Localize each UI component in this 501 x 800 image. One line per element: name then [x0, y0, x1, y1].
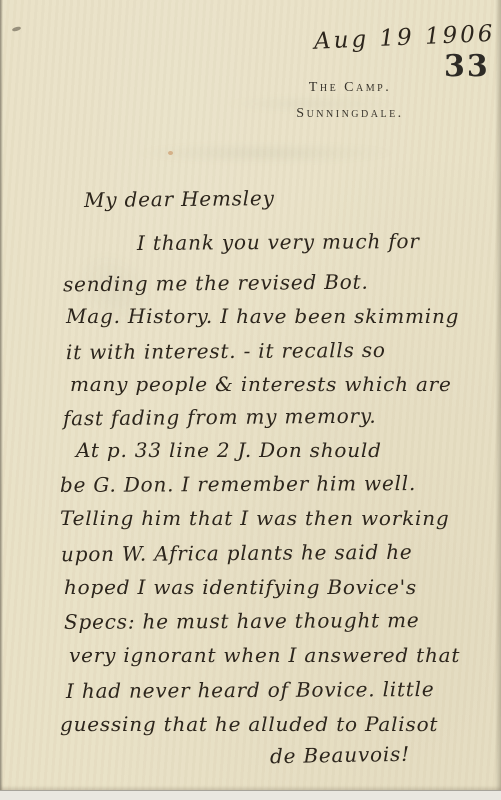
letter-line: many people & interests which are: [70, 371, 452, 397]
letter-line: I thank you very much for: [137, 228, 420, 256]
ink-speck: [12, 26, 22, 32]
letter-line: At p. 33 line 2 J. Don should: [76, 437, 382, 463]
letter-line: guessing that he alluded to Palisot: [60, 711, 438, 737]
letter-scan-page: Aug 19 1906 33 The Camp. Sunningdale. My…: [0, 0, 501, 800]
letter-line: fast fading from my memory.: [63, 403, 377, 432]
letter-line: I had never heard of Bovice. little: [66, 676, 435, 704]
letter-line: hoped I was identifying Bovice's: [64, 574, 417, 600]
letter-line: sending me the revised Bot.: [63, 269, 369, 298]
letter-line: Mag. History. I have been skimming: [66, 303, 459, 329]
letter-line: upon W. Africa plants he said he: [61, 539, 413, 567]
paper-blemish: [168, 151, 173, 155]
letter-line: Specs: he must have thought me: [64, 607, 420, 635]
page-number-stamp: 33: [444, 51, 490, 83]
paper-edge-left: [0, 0, 3, 791]
paper-edge-right: [495, 0, 501, 791]
letterhead: The Camp. Sunningdale.: [275, 80, 425, 122]
signature-line: de Beauvois!: [270, 741, 410, 769]
letterhead-line-1: The Camp.: [275, 80, 425, 96]
letter-line: be G. Don. I remember him well.: [60, 470, 416, 498]
letter-line: very ignorant when I answered that: [69, 642, 460, 668]
letter-line: it with interest. - it recalls so: [66, 337, 386, 365]
letter-line: Telling him that I was then working: [60, 505, 450, 531]
salutation-line: My dear Hemsley: [84, 185, 275, 213]
page-bottom-edge: [0, 790, 501, 800]
letterhead-line-2: Sunningdale.: [275, 106, 425, 122]
